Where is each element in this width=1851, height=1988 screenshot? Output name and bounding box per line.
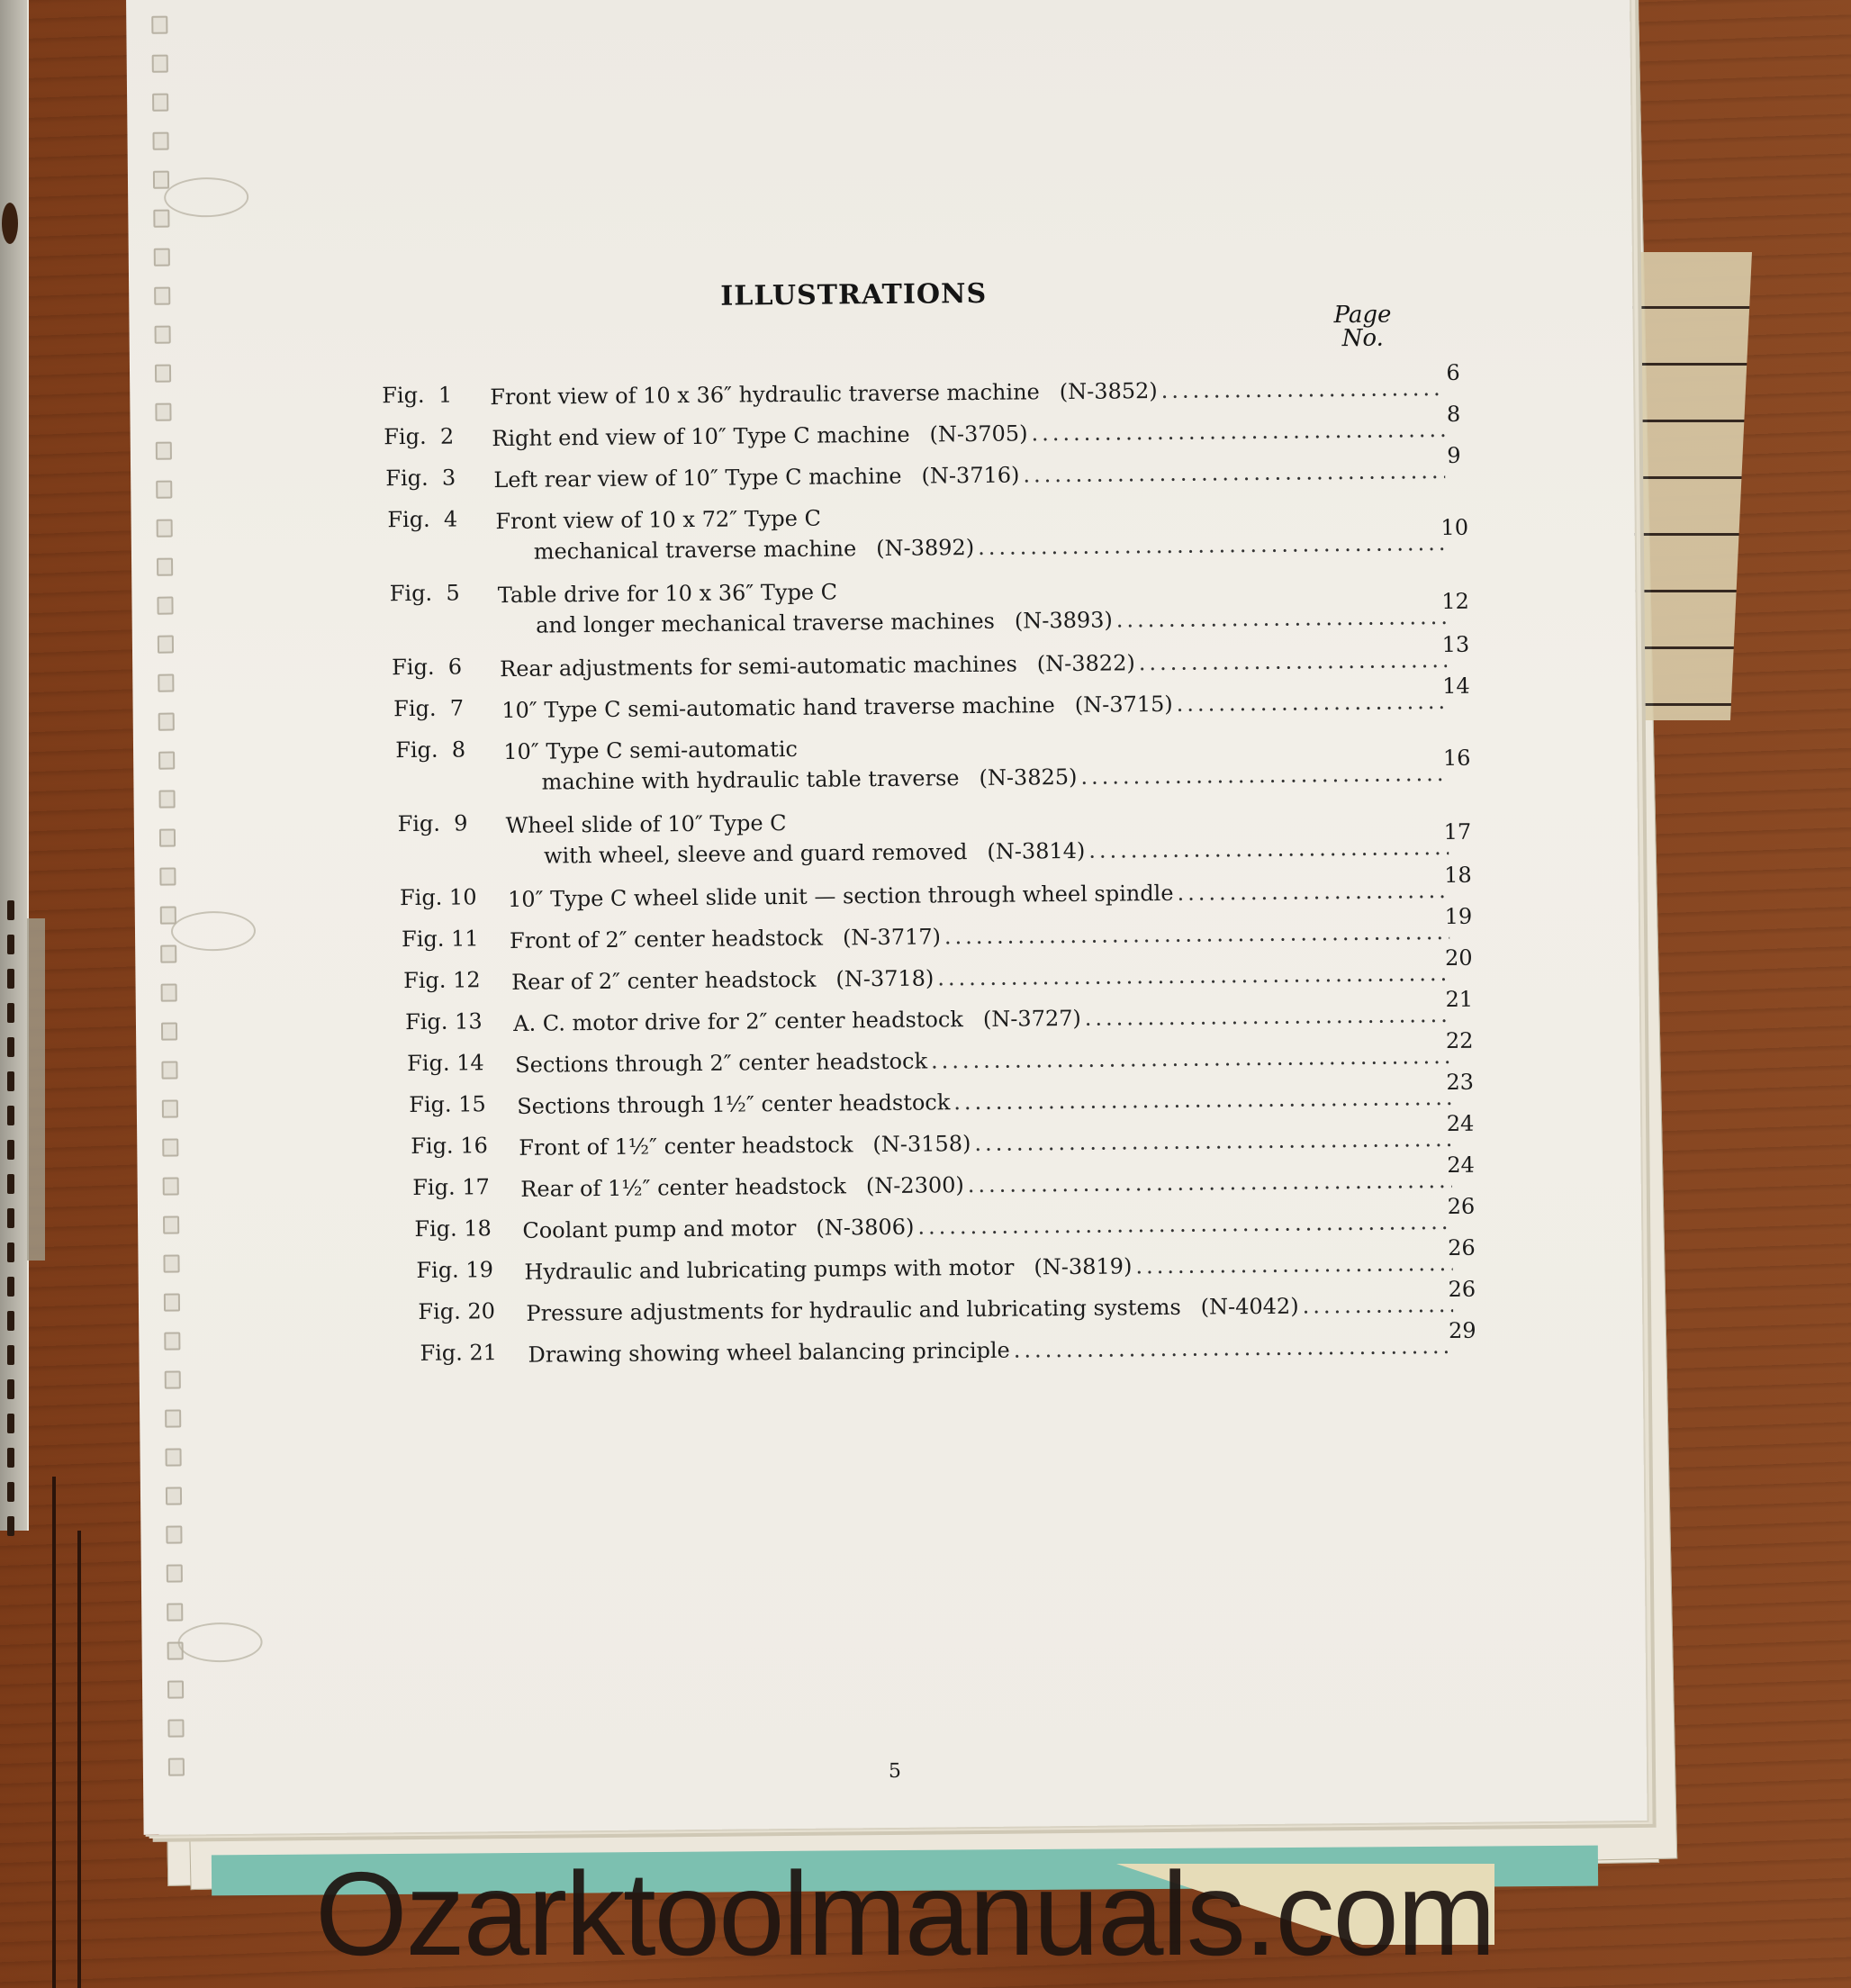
caption-text: A. C. motor drive for 2″ center headstoc… bbox=[513, 1004, 963, 1039]
ring-hole bbox=[7, 935, 14, 954]
caption-text: Hydraulic and lubricating pumps with mot… bbox=[524, 1252, 1014, 1288]
list-item: Fig. 15Sections through 1½″ center heads… bbox=[409, 1082, 1451, 1123]
binding-hole bbox=[153, 210, 169, 228]
leader-dots: ........................................… bbox=[944, 917, 1449, 952]
negative-reference: (N-3852) bbox=[1060, 375, 1158, 407]
binding-hole bbox=[164, 1333, 180, 1351]
binding-hole bbox=[153, 171, 169, 189]
binding-hole bbox=[161, 1062, 177, 1080]
punch-hole bbox=[2, 203, 18, 244]
caption-line: Left rear view of 10″ Type C machine(N-3… bbox=[385, 456, 1445, 496]
binding-hole bbox=[160, 907, 176, 925]
page-number: 13 bbox=[1429, 632, 1483, 658]
caption-line: Front of 1½″ center headstock(N-3158)...… bbox=[411, 1124, 1451, 1164]
figure-number: Fig. 13 bbox=[405, 1008, 504, 1035]
leader-dots: ........................................… bbox=[1085, 999, 1450, 1034]
binding-hole bbox=[163, 1216, 179, 1234]
binding-hole bbox=[158, 791, 175, 809]
negative-reference: (N-3717) bbox=[843, 921, 941, 953]
binding-hole bbox=[155, 403, 171, 421]
ring-hole bbox=[7, 1003, 14, 1023]
caption-line: Pressure adjustments for hydraulic and l… bbox=[418, 1289, 1453, 1330]
binding-hole bbox=[156, 442, 172, 460]
binding-hole bbox=[152, 132, 168, 150]
list-item: Fig. 6Rear adjustments for semi-automati… bbox=[392, 645, 1447, 685]
binding-hole bbox=[158, 636, 174, 654]
ring-hole bbox=[7, 1311, 14, 1331]
caption-line: Drawing showing wheel balancing principl… bbox=[420, 1331, 1453, 1371]
caption-text: Pressure adjustments for hydraulic and l… bbox=[526, 1292, 1181, 1329]
caption-text: Rear of 2″ center headstock bbox=[511, 964, 817, 998]
ring-hole bbox=[7, 1345, 14, 1365]
negative-reference: (N-3893) bbox=[1015, 605, 1113, 637]
list-item: Fig. 14Sections through 2″ center headst… bbox=[407, 1041, 1450, 1081]
negative-reference: (N-3158) bbox=[872, 1128, 971, 1160]
ring-hole bbox=[7, 1242, 14, 1262]
caption-line: Hydraulic and lubricating pumps with mot… bbox=[416, 1248, 1452, 1288]
leader-dots: ........................................… bbox=[931, 1041, 1451, 1077]
page-folio: 5 bbox=[143, 1753, 1647, 1790]
binding-hole bbox=[163, 1178, 179, 1196]
list-item: Fig. 12Rear of 2″ center headstock(N-371… bbox=[403, 958, 1450, 999]
binding-hole bbox=[166, 1486, 182, 1505]
figure-number: Fig. 19 bbox=[416, 1257, 515, 1283]
binding-hole bbox=[154, 248, 170, 267]
leader-dots: ........................................… bbox=[1161, 373, 1445, 406]
negative-reference: (N-3814) bbox=[987, 836, 1085, 867]
caption-text: 10″ Type C semi-automatic hand traverse … bbox=[501, 690, 1055, 726]
caption-text: machine with hydraulic table traverse bbox=[541, 763, 959, 797]
figure-number: Fig. 18 bbox=[414, 1215, 513, 1242]
figure-number: Fig. 5 bbox=[390, 580, 489, 606]
list-item: Fig. 13A. C. motor drive for 2″ center h… bbox=[405, 999, 1450, 1040]
page-number: 21 bbox=[1432, 987, 1486, 1013]
binding-hole bbox=[155, 365, 171, 383]
caption-text: with wheel, sleeve and guard removed bbox=[544, 836, 968, 872]
table-marking bbox=[77, 1531, 81, 1988]
figure-number: Fig. 4 bbox=[387, 506, 486, 532]
caption-text: Drawing showing wheel balancing principl… bbox=[528, 1335, 1010, 1370]
adjacent-spiral-booklet bbox=[0, 0, 29, 1531]
leader-dots: ........................................… bbox=[1088, 832, 1449, 866]
caption-line: Front view of 10 x 36″ hydraulic travers… bbox=[382, 373, 1444, 413]
caption-line: Sections through 2″ center headstock....… bbox=[407, 1041, 1450, 1081]
binding-hole bbox=[167, 1564, 183, 1582]
caption-text: mechanical traverse machine bbox=[534, 533, 857, 566]
page-number: 16 bbox=[1430, 745, 1484, 772]
figure-number: Fig. 16 bbox=[411, 1133, 510, 1159]
torn-hole bbox=[164, 177, 248, 218]
binding-hole bbox=[160, 945, 176, 963]
list-item: Fig. 17Rear of 1½″ center headstock(N-23… bbox=[412, 1165, 1452, 1206]
ring-hole bbox=[7, 1037, 14, 1057]
binding-hole bbox=[159, 868, 176, 886]
caption-line: Rear adjustments for semi-automatic mach… bbox=[392, 645, 1447, 685]
caption-text: and longer mechanical traverse machines bbox=[536, 606, 995, 641]
binding-hole bbox=[167, 1603, 183, 1621]
caption-text: Left rear view of 10″ Type C machine bbox=[493, 461, 901, 495]
page-number: 9 bbox=[1427, 443, 1481, 469]
binding-hole bbox=[157, 597, 173, 615]
negative-reference: (N-3806) bbox=[816, 1212, 914, 1243]
torn-hole bbox=[171, 911, 256, 952]
page-number: 12 bbox=[1428, 589, 1482, 615]
list-item: Fig. 710″ Type C semi-automatic hand tra… bbox=[393, 686, 1448, 727]
document-page: ILLUSTRATIONS Page No. Fig. 1Front view … bbox=[126, 0, 1648, 1835]
list-item: Fig. 1Front view of 10 x 36″ hydraulic t… bbox=[382, 373, 1444, 413]
binding-hole bbox=[159, 829, 176, 847]
leader-dots: ........................................… bbox=[1116, 601, 1447, 636]
leader-dots: ........................................… bbox=[978, 528, 1446, 563]
leader-dots: ........................................… bbox=[1177, 875, 1449, 908]
figure-number: Fig. 9 bbox=[398, 810, 497, 836]
caption-text: Front of 1½″ center headstock bbox=[519, 1129, 853, 1163]
ring-hole bbox=[7, 1482, 14, 1502]
caption-line: Rear of 2″ center headstock(N-3718).....… bbox=[403, 958, 1450, 999]
ring-hole bbox=[7, 1106, 14, 1125]
figure-number: Fig. 7 bbox=[393, 695, 492, 721]
negative-reference: (N-3705) bbox=[929, 418, 1027, 449]
binding-hole bbox=[161, 1023, 177, 1041]
binding-hole bbox=[161, 984, 177, 1002]
figure-number: Fig. 14 bbox=[407, 1050, 506, 1076]
leader-dots: ........................................… bbox=[953, 1082, 1451, 1117]
caption-text: Sections through 1½″ center headstock bbox=[517, 1087, 950, 1122]
caption-line: A. C. motor drive for 2″ center headstoc… bbox=[405, 999, 1450, 1040]
caption-line: Sections through 1½″ center headstock...… bbox=[409, 1082, 1451, 1123]
binding-hole bbox=[163, 1255, 179, 1273]
booklet-spine-strip bbox=[27, 918, 45, 1261]
ring-hole bbox=[7, 969, 14, 989]
negative-reference: (N-3716) bbox=[921, 460, 1019, 492]
page-number: 24 bbox=[1433, 1111, 1487, 1137]
binding-hole bbox=[166, 1525, 182, 1543]
leader-dots: ........................................… bbox=[1014, 1331, 1454, 1366]
binding-hole bbox=[157, 520, 173, 538]
binding-hole bbox=[155, 326, 171, 344]
ring-hole bbox=[7, 1414, 14, 1433]
torn-hole bbox=[177, 1622, 262, 1663]
negative-reference: (N-4042) bbox=[1201, 1291, 1299, 1323]
caption-text: 10″ Type C wheel slide unit — section th… bbox=[508, 878, 1174, 915]
binding-hole bbox=[156, 481, 172, 499]
negative-reference: (N-3825) bbox=[979, 762, 1077, 793]
binding-hole bbox=[152, 55, 168, 73]
figure-number: Fig. 15 bbox=[409, 1091, 508, 1117]
figure-number: Fig. 11 bbox=[402, 926, 501, 952]
negative-reference: (N-3727) bbox=[983, 1003, 1081, 1035]
page-number: 8 bbox=[1426, 402, 1480, 428]
caption-text: Wheel slide of 10″ Type C bbox=[506, 810, 787, 838]
binding-hole bbox=[165, 1410, 181, 1428]
list-item: Fig. 5Table drive for 10 x 36″ Type Cand… bbox=[390, 571, 1447, 642]
page-number: 10 bbox=[1428, 515, 1482, 541]
caption-line: Rear of 1½″ center headstock(N-2300)....… bbox=[412, 1165, 1452, 1206]
figure-number: Fig. 12 bbox=[403, 967, 502, 993]
watermark: Ozarktoolmanuals.com bbox=[315, 1846, 1494, 1982]
binding-hole bbox=[162, 1100, 178, 1118]
binding-hole bbox=[167, 1680, 184, 1698]
page-number: 26 bbox=[1434, 1194, 1488, 1220]
caption-line: 10″ Type C semi-automatic hand traverse … bbox=[393, 686, 1448, 727]
page-number: 14 bbox=[1429, 673, 1483, 700]
ring-hole bbox=[7, 1516, 14, 1536]
leader-dots: ........................................… bbox=[974, 1124, 1451, 1159]
caption-text: 10″ Type C semi-automatic bbox=[503, 736, 798, 764]
list-item: Fig. 19Hydraulic and lubricating pumps w… bbox=[416, 1248, 1452, 1288]
leader-dots: ........................................… bbox=[1177, 686, 1448, 719]
list-item: Fig. 2Right end view of 10″ Type C machi… bbox=[384, 414, 1445, 455]
ring-hole bbox=[7, 900, 14, 920]
list-item: Fig. 4Front view of 10 x 72″ Type Cmecha… bbox=[387, 497, 1446, 568]
leader-dots: ........................................… bbox=[1080, 758, 1448, 792]
caption-text: Rear adjustments for semi-automatic mach… bbox=[500, 649, 1017, 685]
header-page: Page bbox=[1317, 303, 1407, 327]
figure-number: Fig. 21 bbox=[420, 1340, 519, 1366]
leader-dots: ........................................… bbox=[937, 958, 1449, 993]
list-item: Fig. 18Coolant pump and motor(N-3806)...… bbox=[414, 1206, 1452, 1247]
negative-reference: (N-3892) bbox=[876, 532, 974, 564]
list-item: Fig. 3Left rear view of 10″ Type C machi… bbox=[385, 456, 1445, 496]
caption-line: Right end view of 10″ Type C machine(N-3… bbox=[384, 414, 1445, 455]
negative-reference: (N-3822) bbox=[1037, 647, 1135, 679]
binding-hole bbox=[152, 94, 168, 112]
binding-hole bbox=[167, 1719, 184, 1737]
caption-line: 10″ Type C wheel slide unit — section th… bbox=[400, 875, 1449, 916]
caption-text: Front of 2″ center headstock bbox=[510, 923, 823, 956]
figure-number: Fig. 1 bbox=[382, 382, 481, 408]
page-number: 26 bbox=[1435, 1277, 1489, 1303]
page-number: 6 bbox=[1426, 360, 1480, 386]
page-number-column-header: Page No. bbox=[1317, 303, 1407, 350]
list-item: Fig. 810″ Type C semi-automaticmachine w… bbox=[395, 727, 1448, 799]
binding-hole bbox=[158, 674, 174, 692]
caption-text: Coolant pump and motor bbox=[522, 1213, 796, 1246]
caption-text: Rear of 1½″ center headstock bbox=[520, 1170, 846, 1204]
figure-number: Fig. 8 bbox=[395, 736, 494, 763]
leader-dots: ........................................… bbox=[968, 1165, 1452, 1200]
binding-hole bbox=[166, 1448, 182, 1466]
header-no: No. bbox=[1318, 326, 1408, 350]
figure-number: Fig. 6 bbox=[392, 654, 491, 680]
ring-hole bbox=[7, 1140, 14, 1160]
leader-dots: ........................................… bbox=[1135, 1248, 1453, 1281]
list-item: Fig. 9Wheel slide of 10″ Type Cwith whee… bbox=[398, 801, 1449, 872]
binding-hole bbox=[165, 1371, 181, 1389]
binding-hole bbox=[151, 16, 167, 34]
list-item: Fig. 1010″ Type C wheel slide unit — sec… bbox=[400, 875, 1449, 916]
illustrations-list: Fig. 1Front view of 10 x 36″ hydraulic t… bbox=[382, 373, 1454, 1382]
list-item: Fig. 11Front of 2″ center headstock(N-37… bbox=[402, 917, 1449, 957]
leader-dots: ........................................… bbox=[1139, 645, 1448, 678]
figure-number: Fig. 3 bbox=[385, 465, 484, 491]
ring-hole bbox=[7, 1174, 14, 1194]
page-number: 23 bbox=[1433, 1070, 1487, 1096]
leader-dots: ........................................… bbox=[917, 1206, 1452, 1242]
caption-text: Table drive for 10 x 36″ Type C bbox=[498, 579, 838, 608]
page-number: 20 bbox=[1431, 945, 1485, 971]
binding-hole bbox=[162, 1139, 178, 1157]
caption-text: Front view of 10 x 72″ Type C bbox=[495, 506, 821, 534]
binding-hole bbox=[157, 558, 173, 576]
figure-number: Fig. 17 bbox=[412, 1174, 511, 1200]
negative-reference: (N-3718) bbox=[835, 962, 934, 994]
table-marking bbox=[52, 1477, 56, 1988]
caption-line: Front of 2″ center headstock(N-3717)....… bbox=[402, 917, 1449, 957]
ring-hole bbox=[7, 1379, 14, 1399]
negative-reference: (N-3819) bbox=[1034, 1251, 1132, 1282]
figure-number: Fig. 2 bbox=[384, 423, 483, 449]
list-item: Fig. 20Pressure adjustments for hydrauli… bbox=[418, 1289, 1453, 1330]
page-number: 19 bbox=[1431, 904, 1485, 930]
page-number: 29 bbox=[1435, 1318, 1489, 1344]
list-item: Fig. 16Front of 1½″ center headstock(N-3… bbox=[411, 1124, 1451, 1164]
page-number: 24 bbox=[1433, 1152, 1487, 1179]
negative-reference: (N-3715) bbox=[1075, 689, 1173, 720]
ring-hole bbox=[7, 1208, 14, 1228]
page-number: 26 bbox=[1434, 1235, 1488, 1261]
ring-hole bbox=[7, 1071, 14, 1091]
binding-hole bbox=[164, 1294, 180, 1312]
page-number: 18 bbox=[1431, 863, 1485, 889]
leader-dots: ........................................… bbox=[1302, 1289, 1453, 1322]
page-number: 22 bbox=[1432, 1028, 1486, 1054]
negative-reference: (N-2300) bbox=[866, 1170, 964, 1201]
ring-hole bbox=[7, 1448, 14, 1468]
caption-text: Right end view of 10″ Type C machine bbox=[492, 420, 910, 454]
binding-hole bbox=[158, 752, 175, 770]
ring-hole bbox=[7, 1277, 14, 1297]
figure-number: Fig. 10 bbox=[400, 884, 499, 910]
caption-text: Front view of 10 x 36″ hydraulic travers… bbox=[490, 376, 1040, 412]
leader-dots: ........................................… bbox=[1031, 414, 1445, 448]
figure-number: Fig. 20 bbox=[418, 1298, 517, 1324]
caption-text: Sections through 2″ center headstock bbox=[515, 1046, 927, 1080]
page-number: 17 bbox=[1431, 819, 1485, 845]
caption-line: Coolant pump and motor(N-3806)..........… bbox=[414, 1206, 1452, 1247]
binding-hole bbox=[158, 713, 175, 731]
list-item: Fig. 21Drawing showing wheel balancing p… bbox=[420, 1331, 1453, 1371]
leader-dots: ........................................… bbox=[1023, 456, 1445, 490]
